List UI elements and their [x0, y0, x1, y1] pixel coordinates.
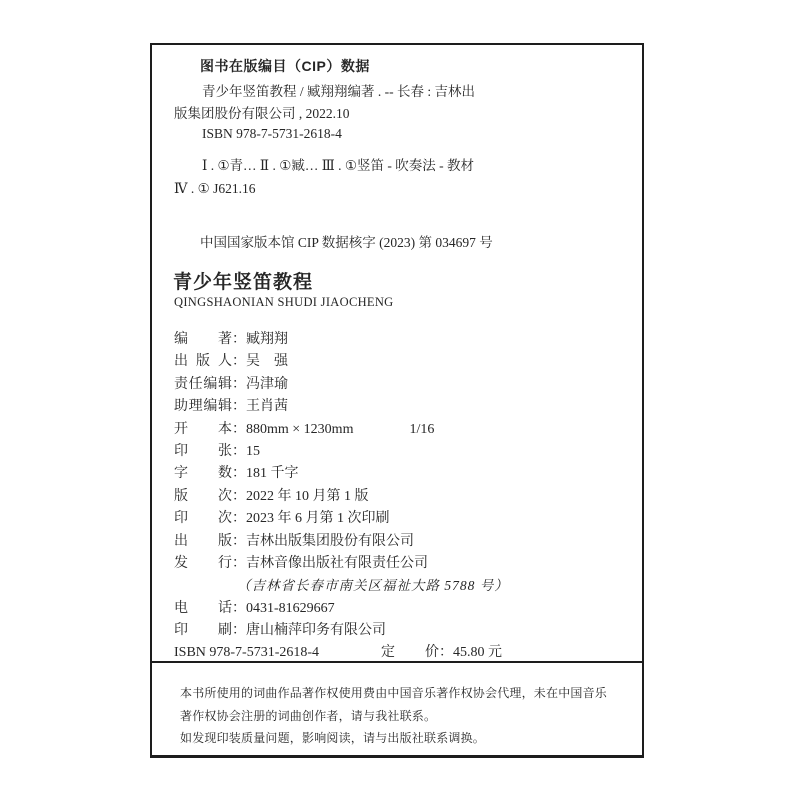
info-colon: ：	[232, 441, 246, 463]
cip-class-line1: Ⅰ . ①青… Ⅱ . ①臧… Ⅲ . ①竖笛 - 吹奏法 - 教材	[174, 155, 474, 178]
info-value: 0431-81629667	[246, 598, 335, 620]
copyright-info-box: 图书在版编目（CIP）数据 青少年竖笛教程 / 臧翔翔编著 . -- 长春 : …	[150, 43, 644, 758]
info-colon: ：	[232, 531, 246, 553]
info-colon: ：	[232, 620, 246, 642]
info-value: 吉林出版集团股份有限公司	[246, 531, 414, 553]
info-row-publisher: 出版：吉林出版集团股份有限公司	[174, 531, 509, 553]
info-colon: ：	[232, 419, 246, 441]
info-value: 2022 年 10 月第 1 版	[246, 486, 369, 508]
info-label: 印张	[174, 441, 232, 463]
info-colon: ：	[232, 329, 246, 351]
info-value: 王肖茜	[246, 396, 288, 418]
cip-classification: Ⅰ . ①青… Ⅱ . ①臧… Ⅲ . ①竖笛 - 吹奏法 - 教材 Ⅳ . ①…	[174, 155, 474, 200]
info-row-impression: 印次：2023 年 6 月第 1 次印刷	[174, 508, 509, 530]
info-colon: ：	[232, 508, 246, 530]
info-row-phone: 电话：0431-81629667	[174, 598, 509, 620]
info-colon: ：	[232, 486, 246, 508]
info-row-assistant-editor: 助理编辑：王肖茜	[174, 396, 509, 418]
info-colon: ：	[232, 463, 246, 485]
info-value: 冯津瑜	[246, 374, 288, 396]
info-label: 责任编辑	[174, 374, 232, 396]
info-label: 版次	[174, 486, 232, 508]
info-label: 开本	[174, 419, 232, 441]
horizontal-divider	[152, 661, 642, 663]
info-label: 印次	[174, 508, 232, 530]
info-value: 181 千字	[246, 463, 299, 485]
copyright-note-line2: 著作权协会注册的词曲创作者，请与我社联系。	[180, 705, 607, 728]
info-colon: ：	[232, 351, 246, 373]
copyright-note-line1: 本书所使用的词曲作品著作权使用费由中国音乐著作权协会代理，未在中国音乐	[180, 682, 607, 705]
info-value: 15	[246, 441, 260, 463]
info-value: 臧翔翔	[246, 329, 288, 351]
distributor-address: （吉林省长春市南关区福祉大路 5788 号）	[174, 575, 509, 597]
cip-class-line2: Ⅳ . ① J621.16	[174, 178, 474, 201]
cip-entry-paragraph: 青少年竖笛教程 / 臧翔翔编著 . -- 长春 : 吉林出 版集团股份有限公司 …	[174, 81, 475, 125]
info-row-distributor: 发行：吉林音像出版社有限责任公司	[174, 553, 509, 575]
info-value: 吉林音像出版社有限责任公司	[246, 553, 428, 575]
cip-registry-number: 中国国家版本馆 CIP 数据核字 (2023) 第 034697 号	[200, 231, 493, 251]
info-value: 唐山楠萍印务有限公司	[246, 620, 386, 642]
info-colon: ：	[232, 396, 246, 418]
info-label: 助理编辑	[174, 396, 232, 418]
info-row-format: 开本：880mm × 1230mm1/16	[174, 419, 509, 441]
info-label: 字数	[174, 463, 232, 485]
cip-isbn: ISBN 978-7-5731-2618-4	[202, 126, 342, 142]
info-label: 出版	[174, 531, 232, 553]
info-colon: ：	[232, 598, 246, 620]
cip-data-header: 图书在版编目（CIP）数据	[200, 56, 370, 76]
cip-entry-line1: 青少年竖笛教程 / 臧翔翔编著 . -- 长春 : 吉林出	[174, 81, 475, 103]
colophon-list: 编著：臧翔翔 出版人：吴 强 责任编辑：冯津瑜 助理编辑：王肖茜 开本：880m…	[174, 329, 509, 665]
info-colon: ：	[232, 374, 246, 396]
quality-note: 如发现印装质量问题，影响阅读，请与出版社联系调换。	[180, 727, 607, 750]
info-value: 2023 年 6 月第 1 次印刷	[246, 508, 390, 530]
info-label: 电话	[174, 598, 232, 620]
info-value: 吴 强	[246, 351, 288, 373]
book-title: 青少年竖笛教程	[173, 267, 313, 294]
publisher-notes: 本书所使用的词曲作品著作权使用费由中国音乐著作权协会代理，未在中国音乐 著作权协…	[180, 682, 607, 750]
info-value-folio: 1/16	[409, 419, 434, 441]
info-row-word-count: 字数：181 千字	[174, 463, 509, 485]
info-row-editor: 编著：臧翔翔	[174, 329, 509, 351]
book-copyright-page: 图书在版编目（CIP）数据 青少年竖笛教程 / 臧翔翔编著 . -- 长春 : …	[0, 0, 800, 800]
info-colon: ：	[232, 553, 246, 575]
info-row-edition: 版次：2022 年 10 月第 1 版	[174, 486, 509, 508]
info-row-printer: 印刷：唐山楠萍印务有限公司	[174, 620, 509, 642]
info-row-sheets: 印张：15	[174, 441, 509, 463]
cip-entry-line2: 版集团股份有限公司 , 2022.10	[174, 103, 475, 125]
info-label: 出版人	[174, 351, 232, 373]
info-label: 编著	[174, 329, 232, 351]
info-label: 印刷	[174, 620, 232, 642]
info-value: 880mm × 1230mm	[246, 419, 353, 441]
info-row-publisher-person: 出版人：吴 强	[174, 351, 509, 373]
info-row-responsible-editor: 责任编辑：冯津瑜	[174, 374, 509, 396]
info-label: 发行	[174, 553, 232, 575]
book-title-pinyin: QINGSHAONIAN SHUDI JIAOCHENG	[174, 295, 394, 310]
